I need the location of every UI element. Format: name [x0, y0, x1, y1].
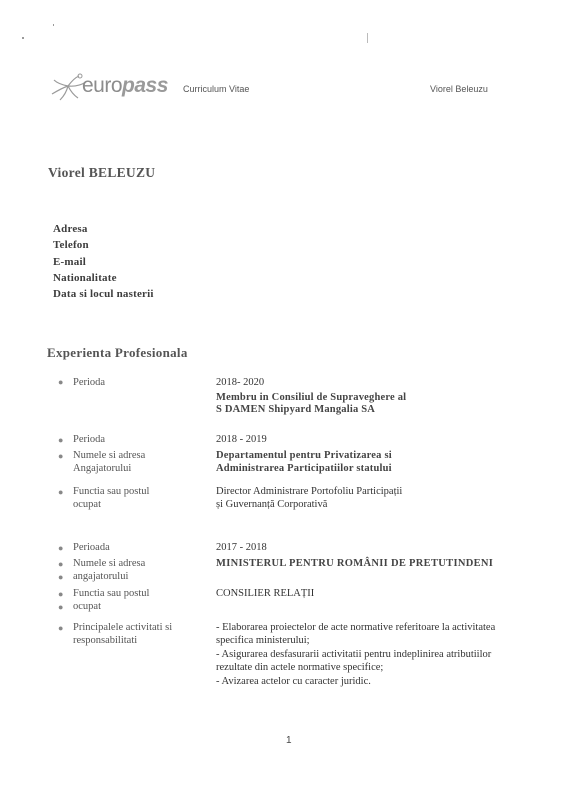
- nationality-label: Nationalitate: [53, 270, 154, 286]
- employer-line-2: Administrarea Participatiilor statului: [216, 463, 392, 476]
- period-label: Perioada: [73, 542, 110, 555]
- person-name: Viorel BELEUZU: [48, 165, 155, 181]
- activity-line-2: specifica ministerului;: [216, 635, 310, 648]
- header-name: Viorel Beleuzu: [430, 84, 488, 94]
- cv-header: europass Curriculum Vitae Viorel Beleuzu: [48, 68, 528, 108]
- function-value: CONSILIER RELAȚII: [216, 588, 314, 601]
- bullet-icon: ●: [58, 451, 63, 461]
- address-label: Adresa: [53, 221, 154, 237]
- bullet-icon: ●: [58, 543, 63, 553]
- activity-line-3: - Asigurarea desfasurarii activitatii pe…: [216, 649, 491, 662]
- activity-line-1: - Elaborarea proiectelor de acte normati…: [216, 622, 495, 635]
- bullet-icon: ●: [58, 623, 63, 633]
- section-title-experience: Experienta Profesionala: [47, 345, 188, 361]
- employer-value: MINISTERUL PENTRU ROMÂNII DE PRETUTINDEN…: [216, 558, 493, 571]
- europass-wordmark: europass: [82, 74, 168, 98]
- activities-label-line-2: responsabilitati: [73, 635, 137, 648]
- page-number: 1: [286, 735, 292, 746]
- employer-label-line-2: angajatorului: [73, 571, 128, 584]
- function-line-1: Director Administrare Portofoliu Partici…: [216, 486, 402, 499]
- bullet-icon: ●: [58, 487, 63, 497]
- birth-label: Data si locul nasterii: [53, 286, 154, 302]
- period-label: Perioda: [73, 377, 105, 390]
- activity-line-4: rezultate din actele normative specifice…: [216, 662, 383, 675]
- period-value: 2018- 2020: [216, 377, 264, 390]
- period-value: 2018 - 2019: [216, 434, 267, 447]
- employer-label-line-2: Angajatorului: [73, 463, 131, 476]
- function-label-line-2: ocupat: [73, 601, 101, 614]
- activities-label-line-1: Principalele activitati si: [73, 622, 172, 635]
- personal-info: Adresa Telefon E-mail Nationalitate Data…: [53, 221, 154, 302]
- bullet-icon: ●: [58, 435, 63, 445]
- position-line-2: S DAMEN Shipyard Mangalia SA: [216, 404, 375, 417]
- bullet-icon: ●: [58, 602, 63, 612]
- function-label-line-1: Functia sau postul: [73, 588, 149, 601]
- bullet-icon: ●: [58, 589, 63, 599]
- email-label: E-mail: [53, 254, 154, 270]
- employer-label-line-1: Numele si adresa: [73, 450, 145, 463]
- bullet-icon: ●: [58, 377, 63, 387]
- employer-line-1: Departamentul pentru Privatizarea si: [216, 450, 392, 463]
- bullet-icon: ●: [58, 559, 63, 569]
- period-label: Perioda: [73, 434, 105, 447]
- position-line-1: Membru in Consiliul de Supraveghere al: [216, 392, 406, 405]
- period-value: 2017 - 2018: [216, 542, 267, 555]
- europass-logo: europass: [48, 72, 178, 104]
- phone-label: Telefon: [53, 237, 154, 253]
- document-type: Curriculum Vitae: [183, 84, 249, 94]
- activity-line-5: - Avizarea actelor cu caracter juridic.: [216, 676, 371, 689]
- function-line-2: și Guvernanță Corporativă: [216, 499, 327, 512]
- bullet-icon: ●: [58, 572, 63, 582]
- function-label-line-1: Functia sau postul: [73, 486, 149, 499]
- employer-label-line-1: Numele si adresa: [73, 558, 145, 571]
- function-label-line-2: ocupat: [73, 499, 101, 512]
